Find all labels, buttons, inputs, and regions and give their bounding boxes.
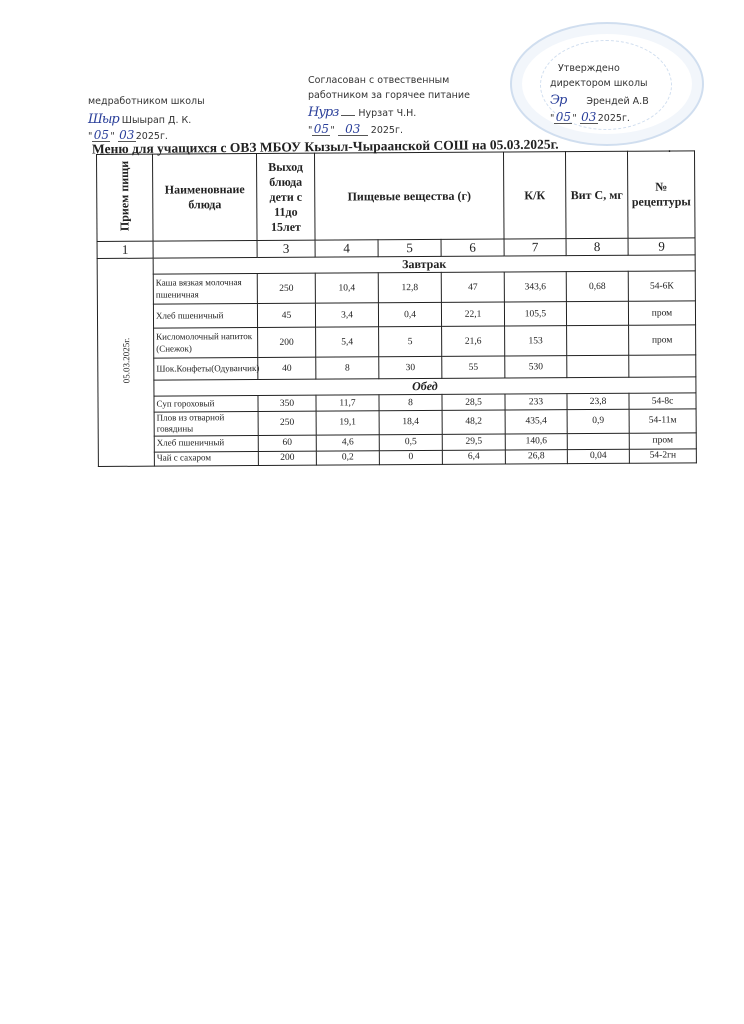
- approval-medical-day: 05: [92, 130, 110, 142]
- cell-fat: 8: [379, 394, 442, 410]
- header-portion: Выход блюда дети с 11до 15лет: [257, 153, 316, 240]
- cell-recipe: 54-2гн: [629, 448, 696, 462]
- cell-carbs: 28,5: [442, 394, 505, 410]
- colnum-1: 1: [97, 241, 153, 258]
- approval-catering-day: 05: [312, 124, 330, 136]
- cell-vitc: [567, 325, 629, 355]
- cell-recipe: пром: [628, 301, 695, 325]
- cell-vitc: [566, 301, 628, 325]
- signature-medical: Шыр: [88, 112, 119, 127]
- cell-portion: 200: [258, 327, 316, 357]
- table-row: Каша вязкая молочная пшеничная25010,412,…: [97, 271, 695, 305]
- table-row: Хлеб пшеничный453,40,422,1105,5пром: [97, 301, 695, 329]
- cell-carbs: 47: [441, 272, 504, 302]
- signature-director: Эр: [550, 93, 566, 108]
- cell-protein: 19,1: [316, 411, 379, 435]
- menu-table-container: Прием пищи Наименовнаие блюда Выход блюд…: [96, 150, 696, 466]
- cell-dish: Плов из отварной говядины: [154, 412, 258, 436]
- approval-director-line1: Утверждено: [550, 62, 649, 77]
- cell-recipe: 54-11м: [629, 409, 696, 433]
- table-row: Кисломолочный напиток (Снежок)2005,4521,…: [98, 325, 696, 359]
- colnum-8: 8: [566, 238, 628, 255]
- table-row: Чай с сахаром2000,206,426,80,0454-2гн: [98, 448, 696, 466]
- cell-kcal: 233: [505, 394, 567, 410]
- cell-carbs: 22,1: [441, 302, 504, 326]
- cell-portion: 350: [258, 395, 316, 411]
- cell-kcal: 530: [505, 356, 567, 378]
- cell-dish: Хлеб пшеничный: [153, 304, 257, 329]
- approval-medical-role: медработником школы: [88, 95, 205, 110]
- cell-vitc: 23,8: [567, 393, 629, 409]
- approval-catering: Согласован с отвественным работником за …: [308, 74, 470, 138]
- cell-kcal: 105,5: [504, 302, 566, 326]
- header-row: Прием пищи Наименовнаие блюда Выход блюд…: [97, 151, 696, 242]
- cell-dish: Хлеб пшеничный: [154, 435, 258, 452]
- cell-dish: Суп гороховый: [154, 396, 258, 413]
- cell-kcal: 343,6: [504, 272, 566, 302]
- cell-carbs: 29,5: [442, 434, 505, 450]
- approval-medical-name: Шыырап Д. К.: [122, 115, 191, 126]
- cell-protein: 8: [316, 357, 379, 379]
- approval-director-month: 03: [580, 112, 598, 124]
- cell-dish: Шок.Конфеты(Одуванчик): [154, 358, 258, 381]
- cell-fat: 0,4: [378, 302, 441, 326]
- cell-vitc: 0,68: [566, 271, 628, 301]
- cell-portion: 250: [257, 273, 315, 303]
- cell-protein: 5,4: [316, 327, 379, 357]
- cell-carbs: 21,6: [442, 326, 505, 356]
- cell-fat: 0: [379, 450, 442, 464]
- cell-fat: 18,4: [379, 410, 442, 434]
- colnum-6: 6: [441, 239, 504, 256]
- cell-recipe: [629, 355, 696, 377]
- cell-vitc: [567, 355, 629, 377]
- cell-dish: Кисломолочный напиток (Снежок): [154, 328, 258, 359]
- cell-portion: 60: [258, 435, 316, 451]
- cell-protein: 10,4: [315, 273, 378, 303]
- cell-vitc: 0,9: [567, 409, 629, 433]
- cell-protein: 3,4: [315, 303, 378, 327]
- meal-date-cell: 05.03.2025г.: [97, 258, 154, 466]
- approval-catering-line1: Согласован с отвественным: [308, 74, 470, 89]
- colnum-7: 7: [504, 239, 566, 256]
- cell-fat: 12,8: [378, 272, 441, 302]
- cell-kcal: 435,4: [505, 410, 567, 434]
- cell-portion: 45: [257, 303, 315, 327]
- cell-protein: 4,6: [316, 434, 379, 450]
- header-dish: Наименовнаие блюда: [153, 154, 258, 242]
- cell-portion: 200: [258, 451, 316, 465]
- cell-protein: 0,2: [316, 450, 379, 464]
- cell-recipe: 54-8с: [629, 393, 696, 409]
- meal-date: 05.03.2025г.: [121, 337, 131, 382]
- cell-fat: 30: [379, 356, 442, 378]
- approval-director-year: 2025г.: [598, 113, 630, 124]
- menu-table: Прием пищи Наименовнаие блюда Выход блюд…: [96, 150, 697, 466]
- approval-director-name: Эрендей А.В: [586, 96, 648, 107]
- colnum-2: [153, 241, 257, 259]
- cell-dish: Каша вязкая молочная пшеничная: [153, 274, 257, 305]
- cell-vitc: 0,04: [567, 449, 629, 463]
- approval-medical: медработником школы Шыр Шыырап Д. К. "05…: [88, 95, 205, 145]
- header-vitc: Вит С, мг: [565, 151, 628, 238]
- cell-kcal: 26,8: [505, 449, 567, 463]
- cell-portion: 250: [258, 411, 316, 435]
- cell-kcal: 153: [505, 326, 567, 356]
- header-meal: Прием пищи: [97, 154, 154, 241]
- cell-carbs: 48,2: [442, 410, 505, 434]
- header-nutrients: Пищевые вещества (г): [314, 152, 504, 240]
- cell-recipe: 54-6К: [628, 271, 695, 301]
- cell-recipe: пром: [629, 325, 696, 355]
- colnum-3: 3: [257, 240, 315, 257]
- approval-director-day: 05: [554, 112, 572, 124]
- colnum-9: 9: [628, 238, 695, 255]
- colnum-4: 4: [315, 240, 378, 257]
- cell-fat: 0,5: [379, 434, 442, 450]
- approval-catering-line2: работником за горячее питание: [308, 89, 470, 104]
- cell-kcal: 140,6: [505, 433, 567, 449]
- approval-director: Утверждено директором школы Эр Эрендей А…: [550, 62, 649, 126]
- cell-portion: 40: [258, 357, 316, 379]
- approval-catering-year: 2025г.: [371, 125, 403, 136]
- cell-protein: 11,7: [316, 395, 379, 411]
- approval-director-line2: директором школы: [550, 77, 649, 92]
- signature-catering: Нурз: [308, 105, 338, 120]
- cell-dish: Чай с сахаром: [154, 451, 258, 466]
- approval-catering-month: 03: [338, 124, 368, 136]
- cell-fat: 5: [379, 326, 442, 356]
- header-recipe: № рецептуры: [627, 151, 695, 238]
- approval-catering-name: Нурзат Ч.Н.: [358, 108, 416, 119]
- header-kcal: К/К: [503, 152, 566, 239]
- cell-recipe: пром: [629, 432, 696, 448]
- colnum-5: 5: [378, 239, 441, 256]
- cell-carbs: 55: [442, 356, 505, 378]
- cell-vitc: [567, 433, 629, 449]
- cell-carbs: 6,4: [442, 450, 505, 464]
